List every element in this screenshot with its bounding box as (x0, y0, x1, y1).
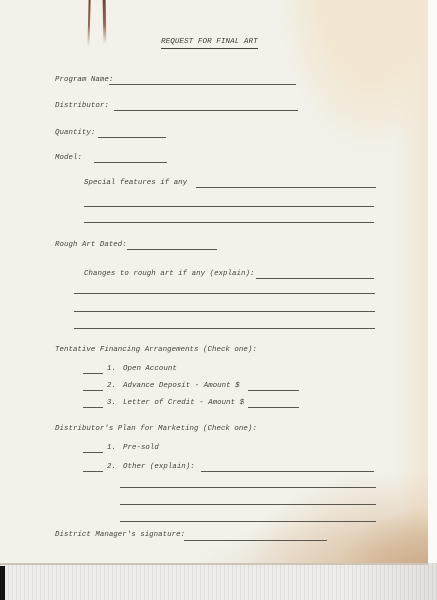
scanner-bed-strip (0, 563, 437, 600)
distributor-blank[interactable] (114, 110, 298, 111)
scan-margin-right (428, 0, 437, 563)
signature-blank[interactable] (184, 540, 327, 541)
other-explain-blank-2[interactable] (120, 487, 376, 488)
distributor-label: Distributor: (55, 102, 109, 111)
changes-blank-4[interactable] (74, 328, 375, 329)
marketing-option-2-label: Other (explain): (123, 463, 195, 472)
changes-blank-2[interactable] (74, 293, 375, 294)
advance-deposit-amount-blank[interactable] (248, 390, 299, 391)
signature-label: District Manager's signature: (55, 531, 185, 540)
marketing-option-1-checkbox-blank[interactable] (83, 452, 103, 453)
financing-option-2-number: 2. (107, 382, 116, 391)
special-features-blank-2[interactable] (84, 206, 374, 207)
scan-edge-artifact (0, 566, 5, 600)
financing-option-3-number: 3. (107, 399, 116, 408)
marketing-option-2-number: 2. (107, 463, 116, 472)
marketing-option-1-number: 1. (107, 444, 116, 453)
marketing-option-1-label: Pre-sold (123, 444, 159, 453)
form-page: REQUEST FOR FINAL ART Program Name: Dist… (0, 0, 428, 565)
changes-blank-1[interactable] (256, 278, 374, 279)
special-features-blank-3[interactable] (84, 222, 374, 223)
changes-label: Changes to rough art if any (explain): (84, 270, 254, 279)
program-name-label: Program Name: (55, 76, 113, 85)
financing-option-1-checkbox-blank[interactable] (83, 373, 103, 374)
rust-staple-mark-right (103, 0, 106, 44)
quantity-label: Quantity: (55, 129, 95, 138)
letter-of-credit-amount-blank[interactable] (248, 407, 299, 408)
rough-art-dated-blank[interactable] (127, 249, 217, 250)
other-explain-blank-1[interactable] (201, 471, 374, 472)
other-explain-blank-3[interactable] (120, 504, 376, 505)
financing-option-1-label: Open Account (123, 365, 177, 374)
model-label: Model: (55, 154, 82, 163)
special-features-blank-1[interactable] (196, 187, 376, 188)
form-title: REQUEST FOR FINAL ART (161, 38, 258, 49)
scanned-document: REQUEST FOR FINAL ART Program Name: Dist… (0, 0, 437, 600)
financing-option-3-label: Letter of Credit - Amount $ (123, 399, 244, 408)
financing-heading: Tentative Financing Arrangements (Check … (55, 346, 257, 355)
marketing-heading: Distributor's Plan for Marketing (Check … (55, 425, 257, 434)
rust-staple-mark-left (87, 0, 90, 47)
program-name-blank[interactable] (109, 84, 296, 85)
financing-option-2-label: Advance Deposit - Amount $ (123, 382, 240, 391)
special-features-label: Special features if any (84, 179, 187, 188)
model-blank[interactable] (94, 162, 167, 163)
marketing-option-2-checkbox-blank[interactable] (83, 471, 103, 472)
financing-option-3-checkbox-blank[interactable] (83, 407, 103, 408)
financing-option-1-number: 1. (107, 365, 116, 374)
changes-blank-3[interactable] (74, 311, 375, 312)
quantity-blank[interactable] (98, 137, 166, 138)
other-explain-blank-4[interactable] (120, 521, 376, 522)
rough-art-dated-label: Rough Art Dated: (55, 241, 127, 250)
financing-option-2-checkbox-blank[interactable] (83, 390, 103, 391)
